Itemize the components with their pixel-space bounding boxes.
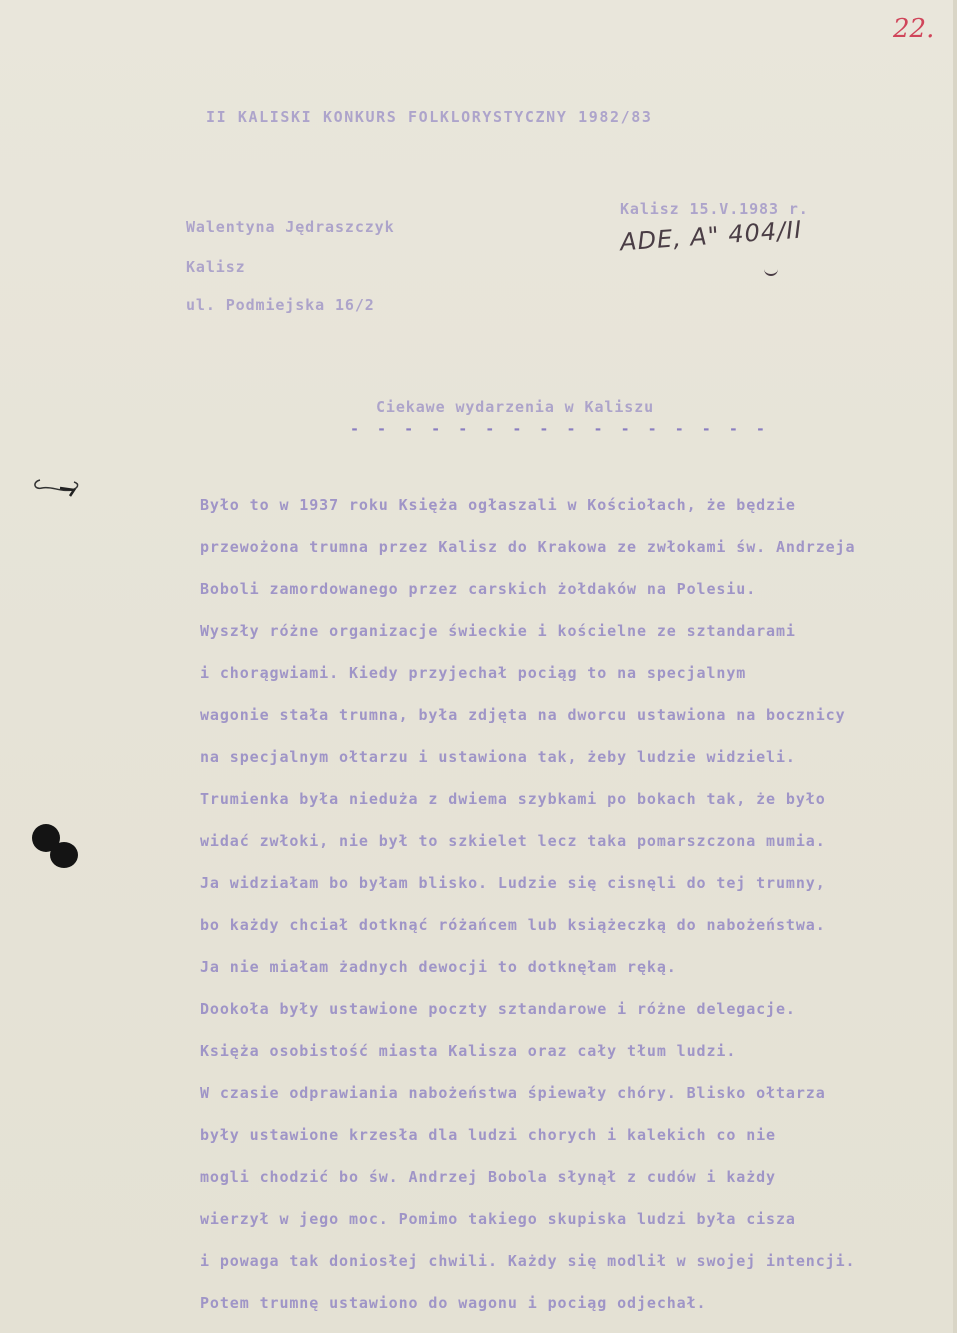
body-line: Potem trumnę ustawiono do wagonu i pocią… <box>200 1294 706 1312</box>
body-line: mogli chodzić bo św. Andrzej Bobola słyn… <box>200 1168 776 1186</box>
body-line: na specjalnym ołtarzu i ustawiona tak, ż… <box>200 748 796 766</box>
body-line: Dookoła były ustawione poczty sztandarow… <box>200 1000 796 1018</box>
body-line: Było to w 1937 roku Księża ogłaszali w K… <box>200 496 796 514</box>
body-line: wagonie stała trumna, była zdjęta na dwo… <box>200 706 846 724</box>
author-name: Walentyna Jędraszczyk <box>186 218 395 236</box>
body-line: Ja widziałam bo byłam blisko. Ludzie się… <box>200 874 826 892</box>
body-line: Ja nie miałam żadnych dewocji to dotknęł… <box>200 958 677 976</box>
place-date: Kalisz 15.V.1983 r. <box>620 200 809 218</box>
body-line: przewożona trumna przez Kalisz do Krakow… <box>200 538 855 556</box>
author-address: ul. Podmiejska 16/2 <box>186 296 375 314</box>
document-heading: II KALISKI KONKURS FOLKLORYSTYCZNY 1982/… <box>206 108 653 126</box>
body-line: Trumienka była nieduża z dwiema szybkami… <box>200 790 826 808</box>
body-line: bo każdy chciał dotknąć różańcem lub ksi… <box>200 916 826 934</box>
body-line: Wyszły różne organizacje świeckie i kośc… <box>200 622 796 640</box>
body-line: były ustawione krzesła dla ludzi chorych… <box>200 1126 776 1144</box>
margin-scribble-icon <box>32 476 82 498</box>
document-title: Ciekawe wydarzenia w Kaliszu <box>376 398 654 416</box>
archive-signature: ADE, A" 404/II <box>619 216 803 257</box>
page-edge <box>953 0 957 1333</box>
body-line: W czasie odprawiania nabożeństwa śpiewał… <box>200 1084 826 1102</box>
body-line: i chorągwiami. Kiedy przyjechał pociąg t… <box>200 664 746 682</box>
body-line: Księża osobistość miasta Kalisza oraz ca… <box>200 1042 736 1060</box>
page-number: 22. <box>893 14 934 44</box>
ink-blot <box>50 842 78 868</box>
title-underline: - - - - - - - - - - - - - - - - <box>350 420 769 438</box>
body-line: Boboli zamordowanego przez carskich żołd… <box>200 580 756 598</box>
document-page: 22. II KALISKI KONKURS FOLKLORYSTYCZNY 1… <box>0 0 957 1333</box>
archive-signature-underline <box>764 266 778 276</box>
body-line: widać zwłoki, nie był to szkielet lecz t… <box>200 832 826 850</box>
body-line: i powaga tak doniosłej chwili. Każdy się… <box>200 1252 855 1270</box>
body-line: wierzył w jego moc. Pomimo takiego skupi… <box>200 1210 796 1228</box>
author-city: Kalisz <box>186 258 246 276</box>
